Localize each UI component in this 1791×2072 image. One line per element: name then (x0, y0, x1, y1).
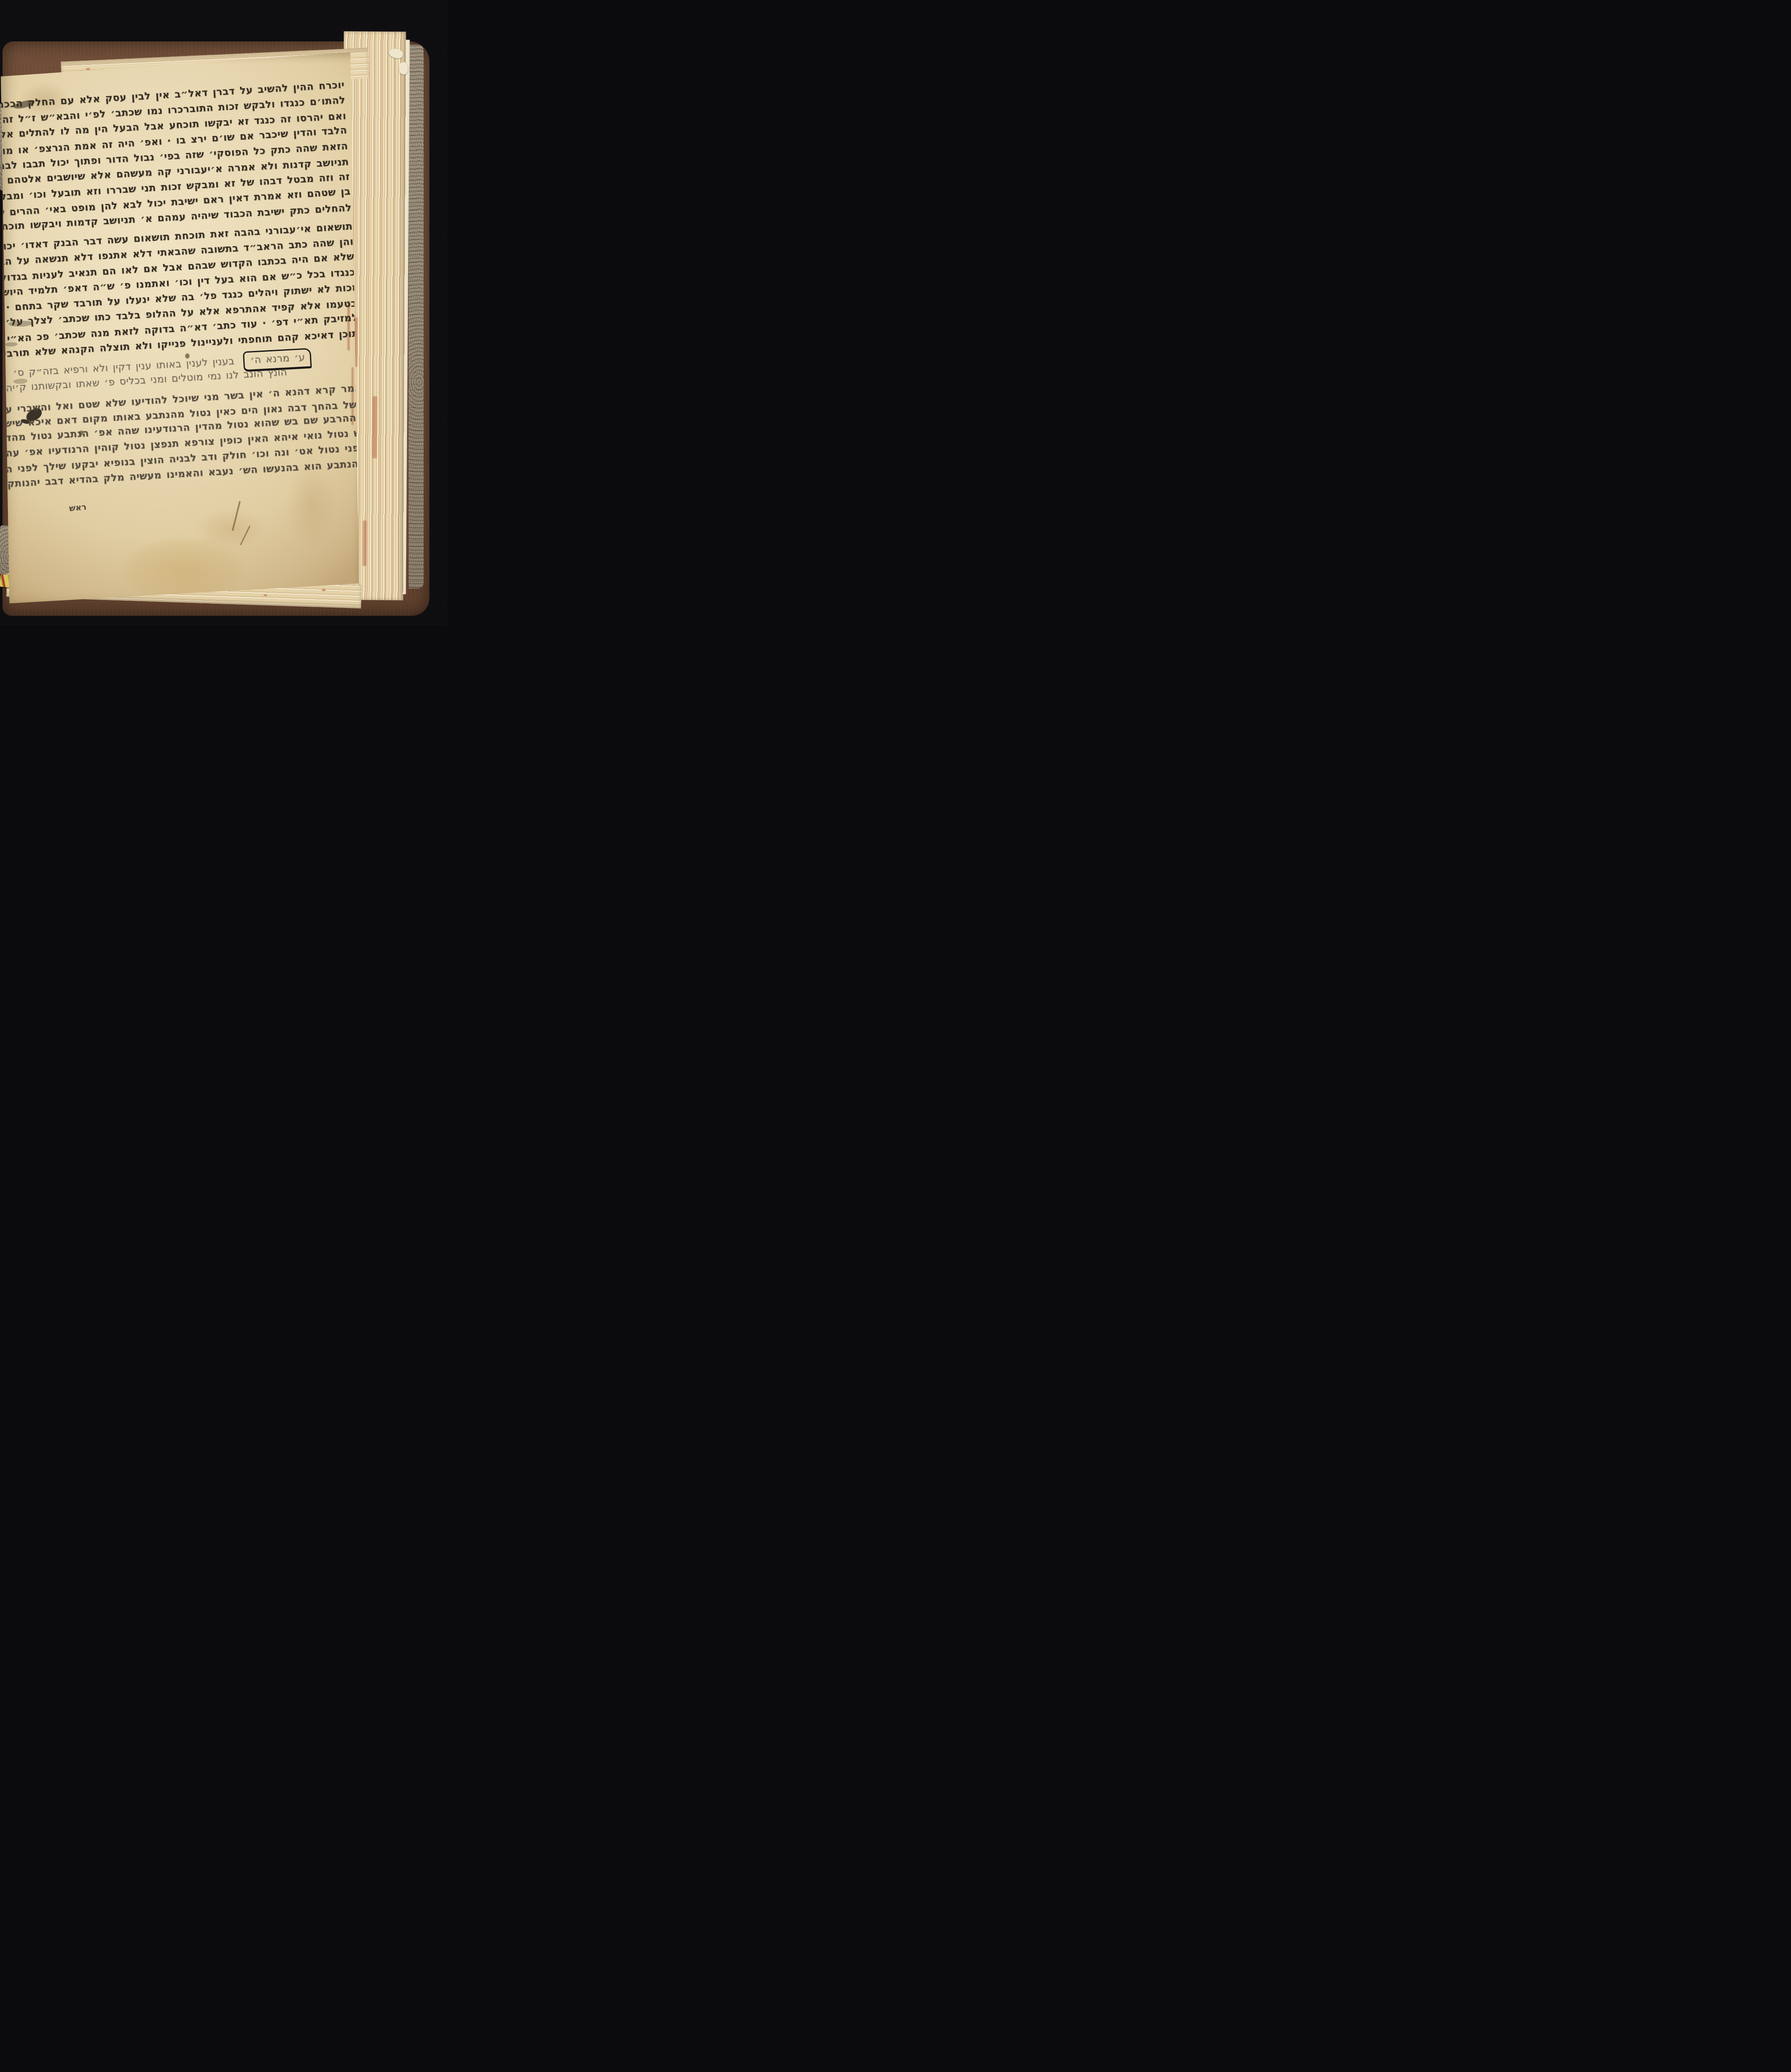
water-stain (196, 508, 266, 549)
catchword: ראש (69, 502, 87, 513)
crease-tear (240, 525, 250, 545)
crease-tear (232, 501, 241, 531)
manuscript-page: יוכרח ההין להשיב על דברן דאל״ב אין לבין … (1, 52, 359, 603)
photo-backdrop: יוכרח ההין להשיב על דברן דאל״ב אין לבין … (0, 0, 448, 625)
marbled-board-edge-right (409, 45, 424, 588)
text-block: יוכרח ההין להשיב על דברן דאל״ב אין לבין … (24, 77, 367, 489)
